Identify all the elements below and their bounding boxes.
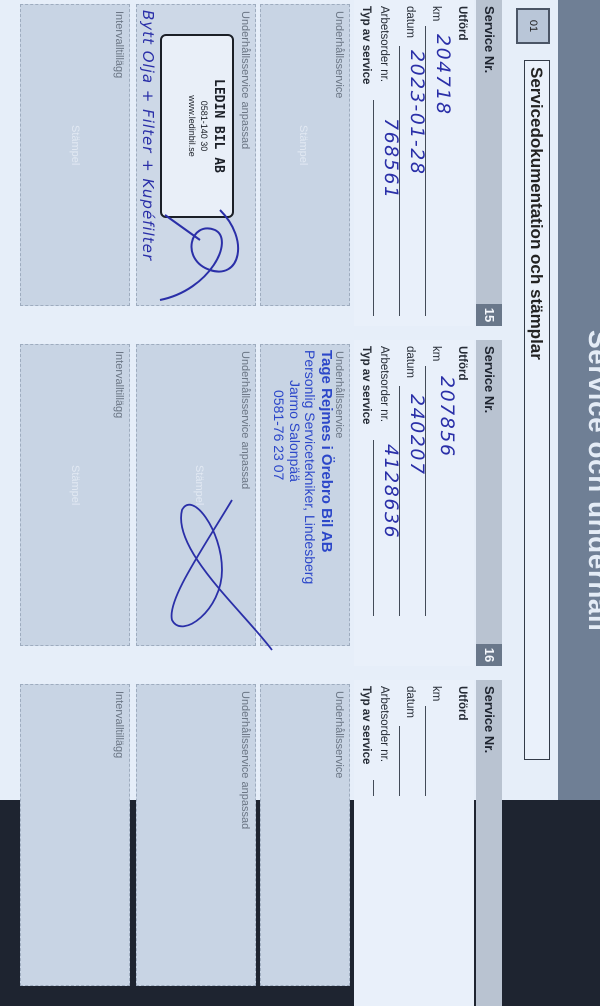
- km-label: km: [430, 6, 442, 21]
- stamp-placeholder: Stämpel: [69, 465, 81, 505]
- datum-label: datum: [404, 6, 416, 38]
- datum-line[interactable]: [399, 726, 400, 796]
- service-header: Service Nr. 15: [476, 0, 502, 326]
- datum-value: 240207: [406, 394, 428, 476]
- signature-icon: [150, 200, 250, 310]
- datum-value: 2023-01-28: [406, 50, 428, 175]
- stamp-placeholder: Stämpel: [69, 125, 81, 165]
- header-band: Service och underhåll: [552, 0, 600, 800]
- header-title: Service och underhåll: [582, 330, 600, 632]
- typ-av-service-label: Typ av service: [360, 346, 372, 424]
- arbetsorder-label: Arbetsorder nr.: [378, 346, 390, 422]
- service-header: Service Nr. 16: [476, 340, 502, 666]
- intervalltillagg-label: Intervalltillägg: [113, 11, 125, 78]
- stamp-line-title: Personlig Servicetekniker, Lindesberg: [302, 350, 318, 584]
- service-nr-label: Service Nr.: [482, 346, 497, 413]
- arbetsorder-value: 4128636: [380, 444, 402, 539]
- km-label: km: [430, 686, 442, 701]
- handwritten-note: Bytt Olja + Filter + Kupéfilter: [139, 10, 157, 261]
- service-fields: Utförd km 204718 datum 2023-01-28 Arbets…: [354, 0, 474, 326]
- intervalltillagg-box: Intervalltillägg: [20, 684, 130, 800]
- arbetsorder-value: 768561: [380, 118, 402, 200]
- service-fields: Utförd km 207856 datum 240207 Arbetsorde…: [354, 340, 474, 666]
- stamp-line-company: Tage Rejmes i Örebro Bil AB: [317, 350, 334, 584]
- service-number: 16: [476, 644, 502, 666]
- arbetsorder-line: [373, 440, 374, 616]
- arbetsorder-line: [373, 100, 374, 316]
- service-number: 15: [476, 304, 502, 326]
- utford-label: Utförd: [456, 686, 468, 721]
- service-fields: Utförd km datum Arbetsorder nr.: [354, 680, 474, 800]
- km-value: 207856: [436, 376, 458, 458]
- underhallsservice-anpassad-label: Underhållsservice anpassad: [239, 351, 251, 489]
- stamp-placeholder: Stämpel: [297, 125, 309, 165]
- section-title: Servicedokumentation och stämplar: [524, 60, 550, 760]
- underhallsservice-box: Underhållsservice: [260, 684, 350, 800]
- service-nr-label: Service Nr.: [482, 686, 497, 753]
- service-entry-next: Service Nr. Utförd km datum Arbetsorder …: [0, 680, 502, 800]
- workshop-stamp-ledin: LEDIN BIL AB 0581-140 30 www.ledinbil.se: [160, 34, 234, 218]
- service-header: Service Nr.: [476, 680, 502, 800]
- arbetsorder-label: Arbetsorder nr.: [378, 686, 390, 762]
- stamp-line-name: Jarmo Salonpää: [286, 350, 302, 584]
- underhallsservice-anpassad-box: Underhållsservice anpassad: [136, 684, 256, 800]
- intervalltillagg-label: Intervalltillägg: [113, 691, 125, 758]
- stamp-phone: 0581-140 30: [199, 36, 209, 216]
- service-entry-16: Service Nr. 16 Utförd km 207856 datum 24…: [0, 340, 502, 666]
- paper-sheet: 01 Servicedokumentation och stämplar Ser…: [0, 0, 558, 800]
- datum-label: datum: [404, 346, 416, 378]
- typ-av-service-label: Typ av service: [360, 686, 372, 764]
- page-number: 01: [516, 8, 550, 44]
- datum-label: datum: [404, 686, 416, 718]
- underhallsservice-label: Underhållsservice: [333, 11, 345, 98]
- underhallsservice-anpassad-label: Underhållsservice anpassad: [239, 691, 251, 800]
- stamp-web: www.ledinbil.se: [187, 36, 197, 216]
- arbetsorder-line[interactable]: [373, 780, 374, 796]
- km-line[interactable]: [425, 706, 426, 796]
- intervalltillagg-box: Intervalltillägg Stämpel: [20, 344, 130, 646]
- signature-icon: [162, 490, 282, 660]
- km-value: 204718: [432, 34, 454, 116]
- underhallsservice-box: Underhållsservice Stämpel: [260, 4, 350, 306]
- km-label: km: [430, 346, 442, 361]
- intervalltillagg-label: Intervalltillägg: [113, 351, 125, 418]
- underhallsservice-label: Underhållsservice: [333, 691, 345, 778]
- service-entry-15: Service Nr. 15 Utförd km 204718 datum 20…: [0, 0, 502, 326]
- utford-label: Utförd: [456, 6, 468, 41]
- intervalltillagg-box: Intervalltillägg Stämpel: [20, 4, 130, 306]
- arbetsorder-label: Arbetsorder nr.: [378, 6, 390, 82]
- underhallsservice-anpassad-label: Underhållsservice anpassad: [239, 11, 251, 149]
- stamp-company: LEDIN BIL AB: [211, 36, 226, 216]
- typ-av-service-label: Typ av service: [360, 6, 372, 84]
- service-booklet-page: Service och underhåll 01 Servicedokument…: [0, 0, 600, 800]
- service-nr-label: Service Nr.: [482, 6, 497, 73]
